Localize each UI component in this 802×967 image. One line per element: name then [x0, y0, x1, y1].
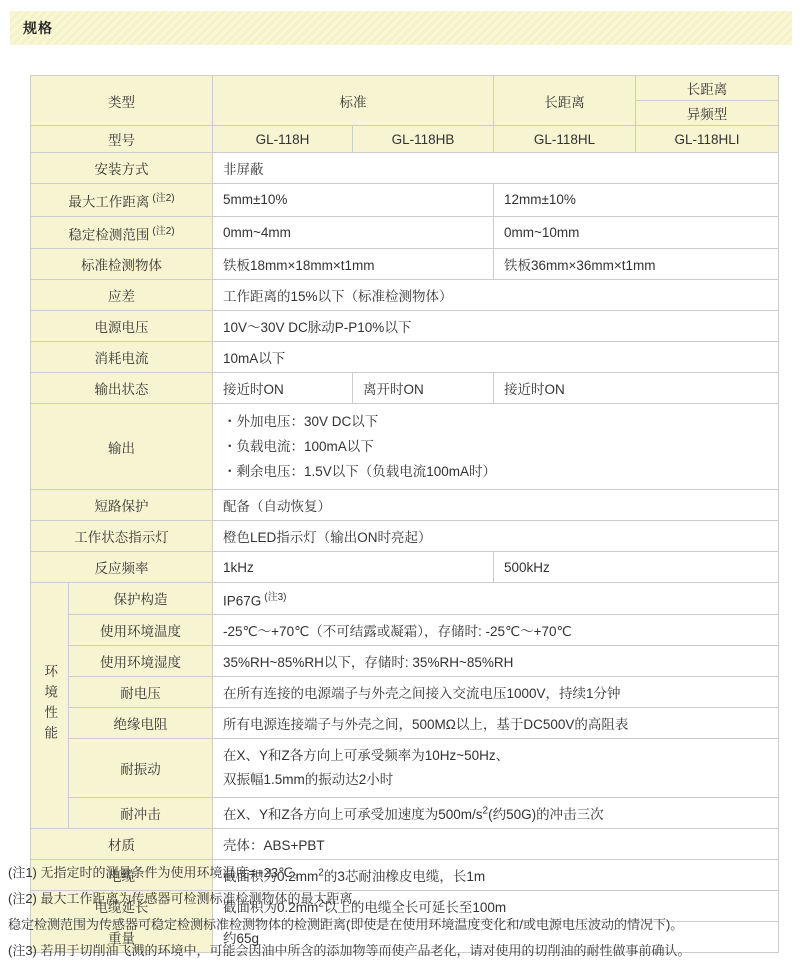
env-withstand-voltage-label: 耐电压: [69, 676, 213, 707]
stable-range-std: 0mm~4mm: [213, 216, 494, 249]
row-supply-voltage: 电源电压 10V～30V DC脉动P-P10%以下: [31, 311, 779, 342]
env-vibration-line-2: 双振幅1.5mm的振动达2小时: [223, 768, 768, 792]
footnote-1: (注1) 无指定时的测量条件为使用环境温度=+23℃。: [8, 860, 794, 886]
spec-table: 类型 标准 长距离 长距离 异频型 型号 GL-118H GL-118HB GL…: [30, 75, 779, 953]
row-env-shock: 耐冲击 在X、Y和Z各方向上可承受加速度为500m/s2(约50G)的冲击三次: [31, 797, 779, 828]
env-insulation-label: 绝缘电阻: [69, 707, 213, 738]
header-standard: 标准: [213, 76, 494, 126]
env-protection-label: 保护构造: [69, 583, 213, 615]
row-stable-range: 稳定检测范围(注2) 0mm~4mm 0mm~10mm: [31, 216, 779, 249]
output-state-gl118h: 接近时ON: [213, 373, 353, 404]
env-group-label: 环境性能: [31, 583, 69, 829]
output-line-2: ・负载电流：100mA以下: [223, 434, 768, 459]
max-distance-long: 12mm±10%: [494, 184, 779, 217]
header-type: 类型: [31, 76, 213, 126]
section-title: 规格: [10, 18, 53, 38]
output-state-long: 接近时ON: [494, 373, 779, 404]
std-object-long: 铁板36mm×36mm×t1mm: [494, 249, 779, 280]
output-value: ・外加电压：30V DC以下 ・负载电流：100mA以下 ・剩余电压：1.5V以…: [213, 404, 779, 490]
footnote-2: (注2) 最大工作距离为传感器可检测标准检测物体的最大距离。: [8, 886, 794, 912]
material-label: 材质: [31, 828, 213, 859]
row-env-protection: 环境性能 保护构造 IP67G(注3): [31, 583, 779, 615]
footnote-2-continued: 稳定检测范围为传感器可稳定检测标准检测物体的检测距离(即使是在使用环境温度变化和…: [8, 912, 794, 938]
note2-ref: (注2): [152, 193, 174, 204]
header-row-model: 型号 GL-118H GL-118HB GL-118HL GL-118HLI: [31, 126, 779, 153]
frequency-label: 反应频率: [31, 552, 213, 583]
output-label: 输出: [31, 404, 213, 490]
model-gl-118hl: GL-118HL: [494, 126, 636, 153]
output-state-gl118hb: 离开时ON: [353, 373, 494, 404]
hysteresis-label: 应差: [31, 280, 213, 311]
env-humidity-label: 使用环境湿度: [69, 645, 213, 676]
env-vibration-line-1: 在X、Y和Z各方向上可承受频率为10Hz~50Hz、: [223, 744, 768, 768]
row-short-protect: 短路保护 配备（自动恢复）: [31, 490, 779, 521]
row-env-withstand-voltage: 耐电压 在所有连接的电源端子与外壳之间接入交流电压1000V，持续1分钟: [31, 676, 779, 707]
row-hysteresis: 应差 工作距离的15%以下（标准检测物体）: [31, 280, 779, 311]
env-vibration-value: 在X、Y和Z各方向上可承受频率为10Hz~50Hz、 双振幅1.5mm的振动达2…: [213, 738, 779, 797]
output-line-1: ・外加电压：30V DC以下: [223, 409, 768, 434]
row-output-state: 输出状态 接近时ON 离开时ON 接近时ON: [31, 373, 779, 404]
env-vibration-label: 耐振动: [69, 738, 213, 797]
supply-voltage-value: 10V～30V DC脉动P-P10%以下: [213, 311, 779, 342]
row-indicator: 工作状态指示灯 橙色LED指示灯（输出ON时亮起）: [31, 521, 779, 552]
current-label: 消耗电流: [31, 342, 213, 373]
short-protect-value: 配备（自动恢复）: [213, 490, 779, 521]
row-frequency: 反应频率 1kHz 500kHz: [31, 552, 779, 583]
model-gl-118h: GL-118H: [213, 126, 353, 153]
row-output: 输出 ・外加电压：30V DC以下 ・负载电流：100mA以下 ・剩余电压：1.…: [31, 404, 779, 490]
supply-voltage-label: 电源电压: [31, 311, 213, 342]
header-freq-variant: 异频型: [636, 101, 779, 126]
model-gl-118hli: GL-118HLI: [636, 126, 779, 153]
mount-label: 安装方式: [31, 153, 213, 184]
header-long-distance-alt-top: 长距离: [636, 76, 779, 101]
max-distance-std: 5mm±10%: [213, 184, 494, 217]
max-distance-label: 最大工作距离(注2): [31, 184, 213, 217]
stable-range-label: 稳定检测范围(注2): [31, 216, 213, 249]
row-mount: 安装方式 非屏蔽: [31, 153, 779, 184]
env-withstand-voltage-value: 在所有连接的电源端子与外壳之间接入交流电压1000V，持续1分钟: [213, 676, 779, 707]
footnotes: (注1) 无指定时的测量条件为使用环境温度=+23℃。 (注2) 最大工作距离为…: [8, 860, 794, 964]
row-std-object: 标准检测物体 铁板18mm×18mm×t1mm 铁板36mm×36mm×t1mm: [31, 249, 779, 280]
env-temp-value: -25℃～+70℃（不可结露或凝霜），存储时: -25℃～+70℃: [213, 614, 779, 645]
row-material: 材质 壳体：ABS+PBT: [31, 828, 779, 859]
hysteresis-value: 工作距离的15%以下（标准检测物体）: [213, 280, 779, 311]
env-shock-label: 耐冲击: [69, 797, 213, 828]
std-object-label: 标准检测物体: [31, 249, 213, 280]
header-long-distance: 长距离: [494, 76, 636, 126]
output-line-3: ・剩余电压：1.5V以下（负载电流100mA时）: [223, 459, 768, 484]
env-insulation-value: 所有电源连接端子与外壳之间，500MΩ以上，基于DC500V的高阻表: [213, 707, 779, 738]
section-banner: 规格: [10, 11, 792, 45]
note2-ref: (注2): [152, 226, 174, 237]
note3-ref: (注3): [264, 592, 286, 603]
row-env-insulation: 绝缘电阻 所有电源连接端子与外壳之间，500MΩ以上，基于DC500V的高阻表: [31, 707, 779, 738]
env-protection-value: IP67G(注3): [213, 583, 779, 615]
frequency-long: 500kHz: [494, 552, 779, 583]
env-shock-value: 在X、Y和Z各方向上可承受加速度为500m/s2(约50G)的冲击三次: [213, 797, 779, 828]
indicator-label: 工作状态指示灯: [31, 521, 213, 552]
short-protect-label: 短路保护: [31, 490, 213, 521]
model-gl-118hb: GL-118HB: [353, 126, 494, 153]
stable-range-long: 0mm~10mm: [494, 216, 779, 249]
output-state-label: 输出状态: [31, 373, 213, 404]
header-model: 型号: [31, 126, 213, 153]
row-env-vibration: 耐振动 在X、Y和Z各方向上可承受频率为10Hz~50Hz、 双振幅1.5mm的…: [31, 738, 779, 797]
mount-value: 非屏蔽: [213, 153, 779, 184]
current-value: 10mA以下: [213, 342, 779, 373]
row-env-humidity: 使用环境湿度 35%RH~85%RH以下，存储时: 35%RH~85%RH: [31, 645, 779, 676]
env-temp-label: 使用环境温度: [69, 614, 213, 645]
row-max-distance: 最大工作距离(注2) 5mm±10% 12mm±10%: [31, 184, 779, 217]
material-value: 壳体：ABS+PBT: [213, 828, 779, 859]
env-humidity-value: 35%RH~85%RH以下，存储时: 35%RH~85%RH: [213, 645, 779, 676]
std-object-std: 铁板18mm×18mm×t1mm: [213, 249, 494, 280]
frequency-std: 1kHz: [213, 552, 494, 583]
row-env-temp: 使用环境温度 -25℃～+70℃（不可结露或凝霜），存储时: -25℃～+70℃: [31, 614, 779, 645]
indicator-value: 橙色LED指示灯（输出ON时亮起）: [213, 521, 779, 552]
header-row-type: 类型 标准 长距离 长距离: [31, 76, 779, 101]
footnote-3: (注3) 若用于切削油飞溅的环境中，可能会因油中所含的添加物等而使产品老化，请对…: [8, 938, 794, 964]
row-current: 消耗电流 10mA以下: [31, 342, 779, 373]
